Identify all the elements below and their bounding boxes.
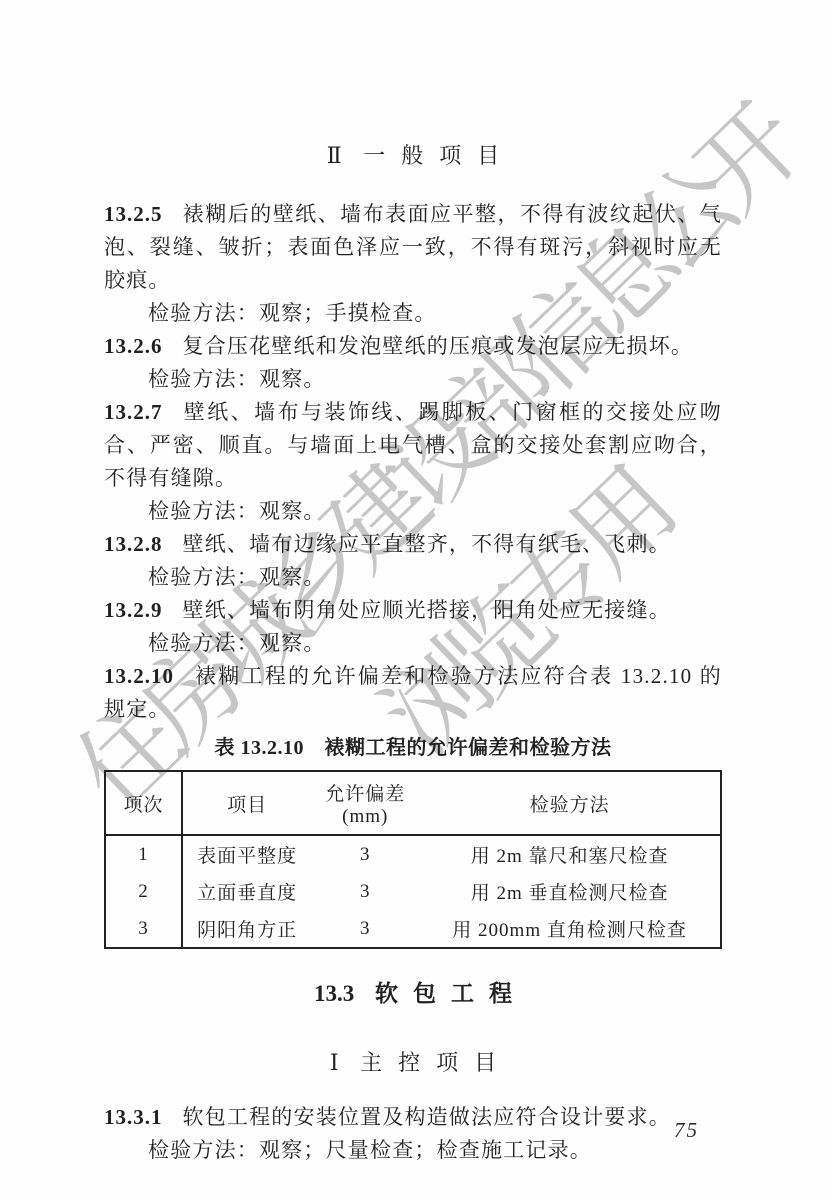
clause-paragraph: 13.2.5裱糊后的壁纸、墙布表面应平整，不得有波纹起伏、气泡、裂缝、皱折；表面…: [104, 198, 722, 297]
clause-number: 13.2.9: [104, 598, 163, 622]
cell-index: 1: [105, 835, 182, 873]
table-row: 1表面平整度3用 2m 靠尺和塞尺检查: [105, 835, 721, 873]
clause-text: 壁纸、墙布阴角处应顺光搭接，阳角处应无接缝。: [183, 598, 671, 622]
cell-item: 表面平整度: [182, 835, 311, 873]
clause-paragraph: 13.2.6复合压花壁纸和发泡壁纸的压痕或发泡层应无损坏。: [104, 330, 722, 363]
clause-number: 13.2.8: [104, 532, 163, 556]
document-page: 住房城乡建设部信息公开 浏览专用 Ⅱ 一般项目 13.2.5裱糊后的壁纸、墙布表…: [0, 0, 828, 1198]
column-header-item: 项目: [182, 771, 311, 835]
clause-paragraph: 13.2.10裱糊工程的允许偏差和检验方法应符合表 13.2.10 的规定。: [104, 660, 722, 726]
inspection-method: 检验方法：观察。: [104, 561, 722, 594]
cell-index: 3: [105, 910, 182, 948]
clause-paragraph: 13.2.9壁纸、墙布阴角处应顺光搭接，阳角处应无接缝。: [104, 594, 722, 627]
clause-number: 13.2.6: [104, 334, 163, 358]
clause-paragraph: 13.3.1软包工程的安装位置及构造做法应符合设计要求。: [104, 1101, 722, 1134]
clause-paragraph: 13.2.7壁纸、墙布与装饰线、踢脚板、门窗框的交接处应吻合、严密、顺直。与墙面…: [104, 396, 722, 495]
heading-section-13-3-title: 软包工程: [375, 981, 527, 1006]
cell-method: 用 200mm 直角检测尺检查: [419, 910, 721, 948]
clause-text: 裱糊后的壁纸、墙布表面应平整，不得有波纹起伏、气泡、裂缝、皱折；表面色泽应一致，…: [104, 202, 722, 292]
clause-text: 复合压花壁纸和发泡壁纸的压痕或发泡层应无损坏。: [183, 334, 694, 358]
table-row: 2立面垂直度3用 2m 垂直检测尺检查: [105, 873, 721, 910]
inspection-method: 检验方法：观察；手摸检查。: [104, 297, 722, 330]
heading-main-control-items: Ⅰ 主控项目: [104, 1049, 722, 1077]
cell-item: 阴阳角方正: [182, 910, 311, 948]
clause-text: 壁纸、墙布边缘应平直整齐，不得有纸毛、飞刺。: [183, 532, 671, 556]
column-header-index: 项次: [105, 771, 182, 835]
clause-list-soft: 13.3.1软包工程的安装位置及构造做法应符合设计要求。检验方法：观察；尺量检查…: [104, 1101, 722, 1167]
clause-text: 裱糊工程的允许偏差和检验方法应符合表 13.2.10 的规定。: [104, 664, 722, 721]
heading-main-control-numeral: Ⅰ: [330, 1050, 339, 1075]
cell-tolerance: 3: [311, 910, 419, 948]
cell-index: 2: [105, 873, 182, 910]
page-content: Ⅱ 一般项目 13.2.5裱糊后的壁纸、墙布表面应平整，不得有波纹起伏、气泡、裂…: [104, 0, 722, 1167]
inspection-method: 检验方法：观察；尺量检查；检查施工记录。: [104, 1134, 722, 1167]
clause-list-wallcovering: 13.2.5裱糊后的壁纸、墙布表面应平整，不得有波纹起伏、气泡、裂缝、皱折；表面…: [104, 198, 722, 726]
heading-section-13-3-number: 13.3: [314, 981, 354, 1006]
clause-number: 13.3.1: [104, 1105, 163, 1129]
inspection-method: 检验方法：观察。: [104, 627, 722, 660]
clause-text: 软包工程的安装位置及构造做法应符合设计要求。: [183, 1105, 671, 1129]
cell-method: 用 2m 垂直检测尺检查: [419, 873, 721, 910]
clause-number: 13.2.5: [104, 202, 163, 226]
inspection-method: 检验方法：观察。: [104, 363, 722, 396]
clause-paragraph: 13.2.8壁纸、墙布边缘应平直整齐，不得有纸毛、飞刺。: [104, 528, 722, 561]
page-number: 75: [674, 1118, 699, 1143]
heading-section-13-3: 13.3 软包工程: [104, 979, 722, 1009]
clause-number: 13.2.10: [104, 664, 174, 688]
column-header-tolerance: 允许偏差 (mm): [311, 771, 419, 835]
column-header-method: 检验方法: [419, 771, 721, 835]
heading-general-items-title: 一般项目: [363, 143, 515, 168]
table-caption: 表 13.2.10 裱糊工程的允许偏差和检验方法: [104, 735, 722, 761]
table-row: 3阴阳角方正3用 200mm 直角检测尺检查: [105, 910, 721, 948]
tolerance-table: 项次项目允许偏差 (mm)检验方法 1表面平整度3用 2m 靠尺和塞尺检查2立面…: [104, 770, 722, 949]
inspection-method: 检验方法：观察。: [104, 495, 722, 528]
clause-number: 13.2.7: [104, 400, 163, 424]
heading-main-control-title: 主控项目: [360, 1050, 512, 1075]
cell-tolerance: 3: [311, 835, 419, 873]
table-header-row: 项次项目允许偏差 (mm)检验方法: [105, 771, 721, 835]
heading-general-items: Ⅱ 一般项目: [104, 142, 722, 170]
heading-general-items-numeral: Ⅱ: [327, 143, 342, 168]
clause-text: 壁纸、墙布与装饰线、踢脚板、门窗框的交接处应吻合、严密、顺直。与墙面上电气槽、盒…: [104, 400, 722, 490]
cell-tolerance: 3: [311, 873, 419, 910]
cell-item: 立面垂直度: [182, 873, 311, 910]
cell-method: 用 2m 靠尺和塞尺检查: [419, 835, 721, 873]
